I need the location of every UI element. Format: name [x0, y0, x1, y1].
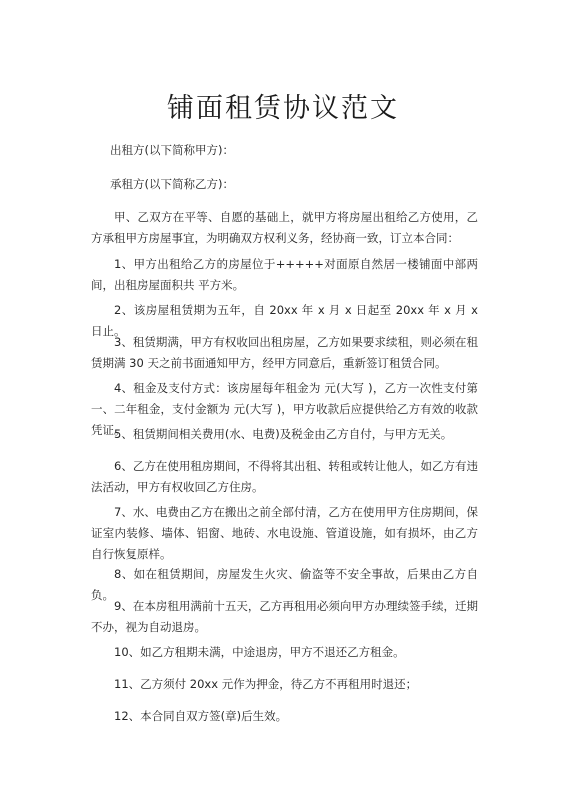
clause-3: 3、租赁期满，甲方有权收回出租房屋，乙方如果要求续租，则必须在租赁期满 30 天… [91, 332, 478, 374]
clause-9: 9、在本房租用满前十五天，乙方再租用必须向甲方办理续签手续，迁期不办，视为自动退… [91, 596, 478, 638]
clause-1: 1、甲方出租给乙方的房屋位于+++++对面原自然居一楼铺面中部两间，出租房屋面积… [91, 254, 478, 296]
clause-6: 6、乙方在使用租房期间，不得将其出租、转租或转让他人，如乙方有违法活动，甲方有权… [91, 456, 478, 498]
document-title: 铺面租赁协议范文 [0, 86, 566, 125]
clause-7: 7、水、电费由乙方在搬出之前全部付清，乙方在使用甲方住房期间，保证室内装修、墙体… [91, 502, 478, 565]
lessor-line: 出租方(以下简称甲方)： [110, 140, 234, 161]
document-page: 铺面租赁协议范文 出租方(以下简称甲方)： 承租方(以下简称乙方)： 甲、乙双方… [0, 0, 566, 800]
preamble-paragraph: 甲、乙双方在平等、自愿的基础上，就甲方将房屋出租给乙方使用，乙方承租甲方房屋事宜… [91, 207, 478, 249]
clause-11: 11、乙方须付 20xx 元作为押金，待乙方不再租用时退还； [91, 674, 478, 695]
lessee-line: 承租方(以下简称乙方)： [110, 174, 234, 195]
clause-12: 12、本合同自双方签(章)后生效。 [91, 706, 478, 727]
clause-10: 10、如乙方租期未满，中途退房，甲方不退还乙方租金。 [91, 642, 478, 663]
clause-5: 5、租赁期间相关费用(水、电费)及税金由乙方自付，与甲方无关。 [91, 424, 478, 445]
